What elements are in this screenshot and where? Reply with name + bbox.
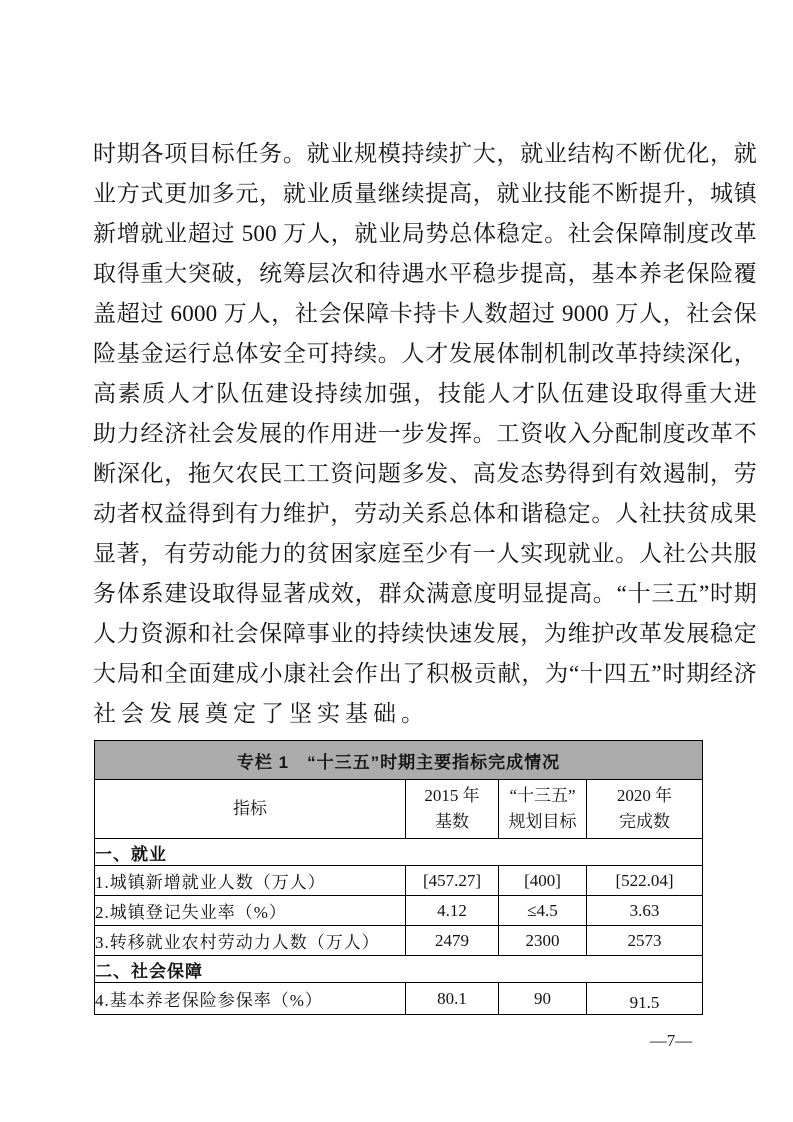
section-label: 一、就业 <box>95 839 703 866</box>
table-row: 1.城镇新增就业人数（万人） [457.27] [400] [522.04] <box>95 866 703 896</box>
cell-plan-target: ≤4.5 <box>499 896 587 926</box>
col-header-2020-completed: 2020 年 完成数 <box>587 780 703 839</box>
col-header-indicator: 指标 <box>95 780 406 839</box>
cell-indicator: 1.城镇新增就业人数（万人） <box>95 866 406 896</box>
paragraph-line: 社会发展奠定了坚实基础。 <box>93 694 757 734</box>
col-header-line: 完成数 <box>587 809 702 835</box>
col-header-line: “十三五” <box>499 783 586 809</box>
cell-2020-completed: 2573 <box>587 926 703 956</box>
body-paragraph: 时期各项目标任务。就业规模持续扩大，就业结构不断优化，就 业方式更加多元，就业质… <box>93 134 757 734</box>
cell-2020-completed: 91.5 <box>587 983 703 1015</box>
col-header-line: 基数 <box>406 809 498 835</box>
paragraph-line: 人力资源和社会保障事业的持续快速发展，为维护改革发展稳定 <box>93 614 757 654</box>
paragraph-line: 取得重大突破，统筹层次和待遇水平稳步提高，基本养老保险覆 <box>93 254 757 294</box>
col-header-line: 2015 年 <box>406 783 498 809</box>
paragraph-line: 时期各项目标任务。就业规模持续扩大，就业结构不断优化，就 <box>93 134 757 174</box>
cell-indicator: 2.城镇登记失业率（%） <box>95 896 406 926</box>
column-header-row: 指标 2015 年 基数 “十三五” 规划目标 2020 年 完成数 <box>95 780 703 839</box>
cell-2015-base: 2479 <box>406 926 499 956</box>
cell-2015-base: [457.27] <box>406 866 499 896</box>
paragraph-line: 险基金运行总体安全可持续。人才发展体制机制改革持续深化， <box>93 334 757 374</box>
col-header-line: 指标 <box>95 796 405 822</box>
panel-title: 专栏 1 “十三五”时期主要指标完成情况 <box>95 741 703 780</box>
cell-2020-completed: 3.63 <box>587 896 703 926</box>
panel-title-row: 专栏 1 “十三五”时期主要指标完成情况 <box>95 741 703 780</box>
table-row: 3.转移就业农村劳动力人数（万人） 2479 2300 2573 <box>95 926 703 956</box>
cell-plan-target: 90 <box>499 983 587 1015</box>
cell-indicator: 3.转移就业农村劳动力人数（万人） <box>95 926 406 956</box>
paragraph-line: 业方式更加多元，就业质量继续提高，就业技能不断提升，城镇 <box>93 174 757 214</box>
cell-2015-base: 4.12 <box>406 896 499 926</box>
paragraph-line: 务体系建设取得显著成效，群众满意度明显提高。“十三五”时期 <box>93 574 757 614</box>
paragraph-line: 断深化，拖欠农民工工资问题多发、高发态势得到有效遏制，劳 <box>93 454 757 494</box>
paragraph-line: 盖超过 6000 万人，社会保障卡持卡人数超过 9000 万人，社会保 <box>93 294 757 334</box>
paragraph-line: 显著，有劳动能力的贫困家庭至少有一人实现就业。人社公共服 <box>93 534 757 574</box>
cell-2020-completed-value: 91.5 <box>630 993 660 1013</box>
cell-2015-base: 80.1 <box>406 983 499 1015</box>
paragraph-line: 大局和全面建成小康社会作出了积极贡献，为“十四五”时期经济 <box>93 654 757 694</box>
col-header-line: 规划目标 <box>499 809 586 835</box>
col-header-line: 2020 年 <box>587 783 702 809</box>
paragraph-line: 助力经济社会发展的作用进一步发挥。工资收入分配制度改革不 <box>93 414 757 454</box>
document-page: 时期各项目标任务。就业规模持续扩大，就业结构不断优化，就 业方式更加多元，就业质… <box>0 0 793 1122</box>
cell-2020-completed: [522.04] <box>587 866 703 896</box>
cell-plan-target: 2300 <box>499 926 587 956</box>
page-number: —7— <box>640 1031 702 1051</box>
paragraph-line: 动者权益得到有力维护，劳动关系总体和谐稳定。人社扶贫成果 <box>93 494 757 534</box>
cell-indicator: 4.基本养老保险参保率（%） <box>95 983 406 1015</box>
indicators-table: 专栏 1 “十三五”时期主要指标完成情况 指标 2015 年 基数 “十三五” … <box>94 740 703 1015</box>
section-row-employment: 一、就业 <box>95 839 703 866</box>
paragraph-line: 高素质人才队伍建设持续加强，技能人才队伍建设取得重大进展， <box>93 374 757 414</box>
col-header-2015-base: 2015 年 基数 <box>406 780 499 839</box>
section-label: 二、社会保障 <box>95 956 703 983</box>
paragraph-line: 新增就业超过 500 万人，就业局势总体稳定。社会保障制度改革 <box>93 214 757 254</box>
table-row: 2.城镇登记失业率（%） 4.12 ≤4.5 3.63 <box>95 896 703 926</box>
table-row: 4.基本养老保险参保率（%） 80.1 90 91.5 <box>95 983 703 1015</box>
section-row-social-security: 二、社会保障 <box>95 956 703 983</box>
col-header-plan-target: “十三五” 规划目标 <box>499 780 587 839</box>
cell-plan-target: [400] <box>499 866 587 896</box>
